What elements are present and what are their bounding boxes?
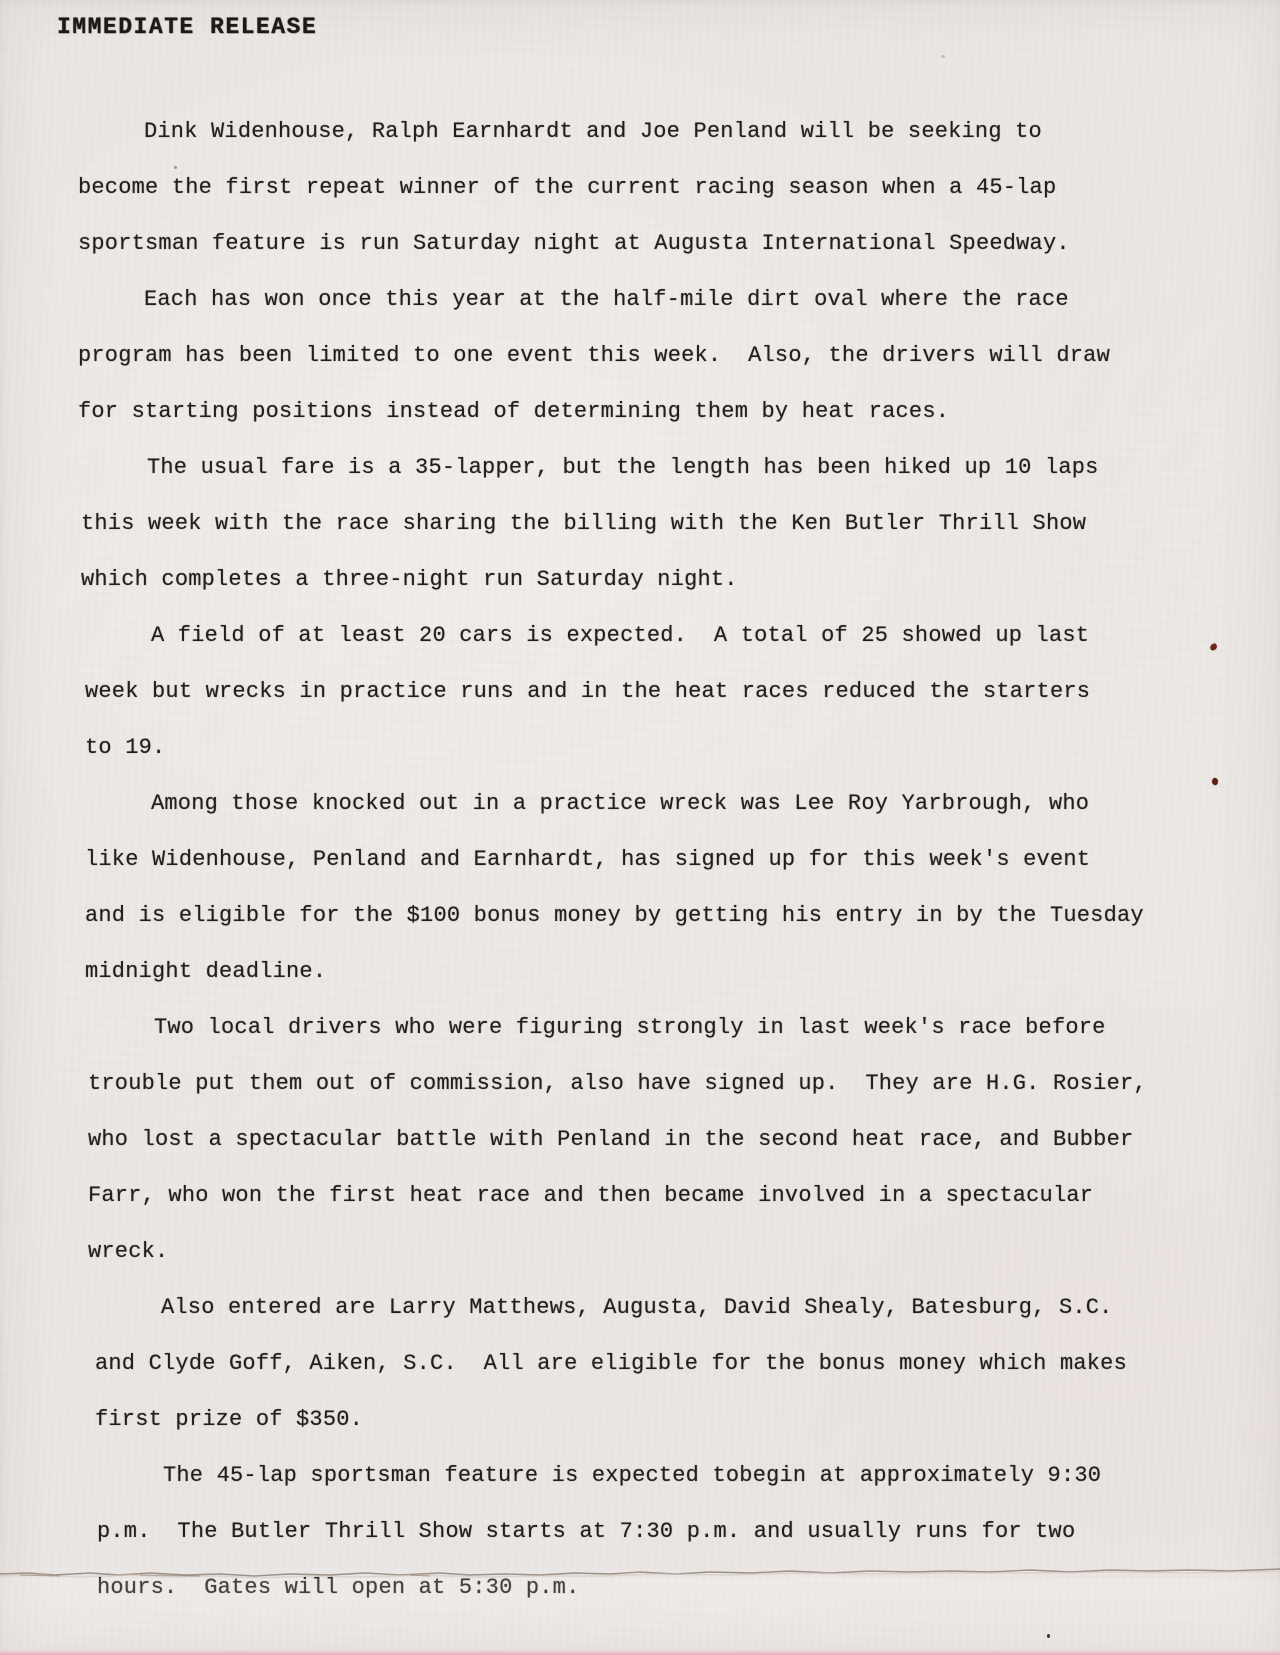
text-line: The 45-lap sportsman feature is expected… xyxy=(97,1448,1280,1504)
text-line: week but wrecks in practice runs and in … xyxy=(85,664,1280,720)
paragraph: Also entered are Larry Matthews, Augusta… xyxy=(95,1280,1280,1448)
text-line: trouble put them out of commission, also… xyxy=(88,1056,1280,1112)
page-bottom-edge xyxy=(0,1650,1280,1655)
text-line: like Widenhouse, Penland and Earnhardt, … xyxy=(85,832,1280,888)
paragraph: The 45-lap sportsman feature is expected… xyxy=(97,1448,1280,1616)
paragraph: The usual fare is a 35-lapper, but the l… xyxy=(81,440,1280,608)
text-line: to 19. xyxy=(85,720,1280,776)
text-line: Also entered are Larry Matthews, Augusta… xyxy=(95,1280,1280,1336)
paragraph: Two local drivers who were figuring stro… xyxy=(88,1000,1280,1280)
text-line: first prize of $350. xyxy=(95,1392,1280,1448)
text-line: this week with the race sharing the bill… xyxy=(81,496,1280,552)
paragraph: Each has won once this year at the half-… xyxy=(78,272,1280,440)
text-line: hours. Gates will open at 5:30 p.m. xyxy=(97,1560,1280,1616)
text-line: sportsman feature is run Saturday night … xyxy=(78,216,1280,272)
document-page: IMMEDIATE RELEASE Dink Widenhouse, Ralph… xyxy=(0,0,1280,1655)
text-line: Dink Widenhouse, Ralph Earnhardt and Joe… xyxy=(78,104,1280,160)
text-line: become the first repeat winner of the cu… xyxy=(78,160,1280,216)
text-line: program has been limited to one event th… xyxy=(78,328,1280,384)
text-line: A field of at least 20 cars is expected.… xyxy=(85,608,1280,664)
text-line: midnight deadline. xyxy=(85,944,1280,1000)
paper-blemish xyxy=(941,55,945,58)
text-line: Two local drivers who were figuring stro… xyxy=(88,1000,1280,1056)
ink-speck xyxy=(1047,1634,1050,1638)
text-line: Among those knocked out in a practice wr… xyxy=(85,776,1280,832)
text-line: which completes a three-night run Saturd… xyxy=(81,552,1280,608)
text-line: who lost a spectacular battle with Penla… xyxy=(88,1112,1280,1168)
text-line: Each has won once this year at the half-… xyxy=(78,272,1280,328)
text-line: p.m. The Butler Thrill Show starts at 7:… xyxy=(97,1504,1280,1560)
text-line: wreck. xyxy=(88,1224,1280,1280)
paragraphs-container: Dink Widenhouse, Ralph Earnhardt and Joe… xyxy=(0,104,1280,1616)
paragraph: Among those knocked out in a practice wr… xyxy=(85,776,1280,1000)
text-line: and is eligible for the $100 bonus money… xyxy=(85,888,1280,944)
text-line: The usual fare is a 35-lapper, but the l… xyxy=(81,440,1280,496)
paragraph: Dink Widenhouse, Ralph Earnhardt and Joe… xyxy=(78,104,1280,272)
document-header: IMMEDIATE RELEASE xyxy=(57,14,317,40)
paragraph: A field of at least 20 cars is expected.… xyxy=(85,608,1280,776)
text-line: and Clyde Goff, Aiken, S.C. All are elig… xyxy=(95,1336,1280,1392)
text-line: Farr, who won the first heat race and th… xyxy=(88,1168,1280,1224)
text-line: for starting positions instead of determ… xyxy=(78,384,1280,440)
